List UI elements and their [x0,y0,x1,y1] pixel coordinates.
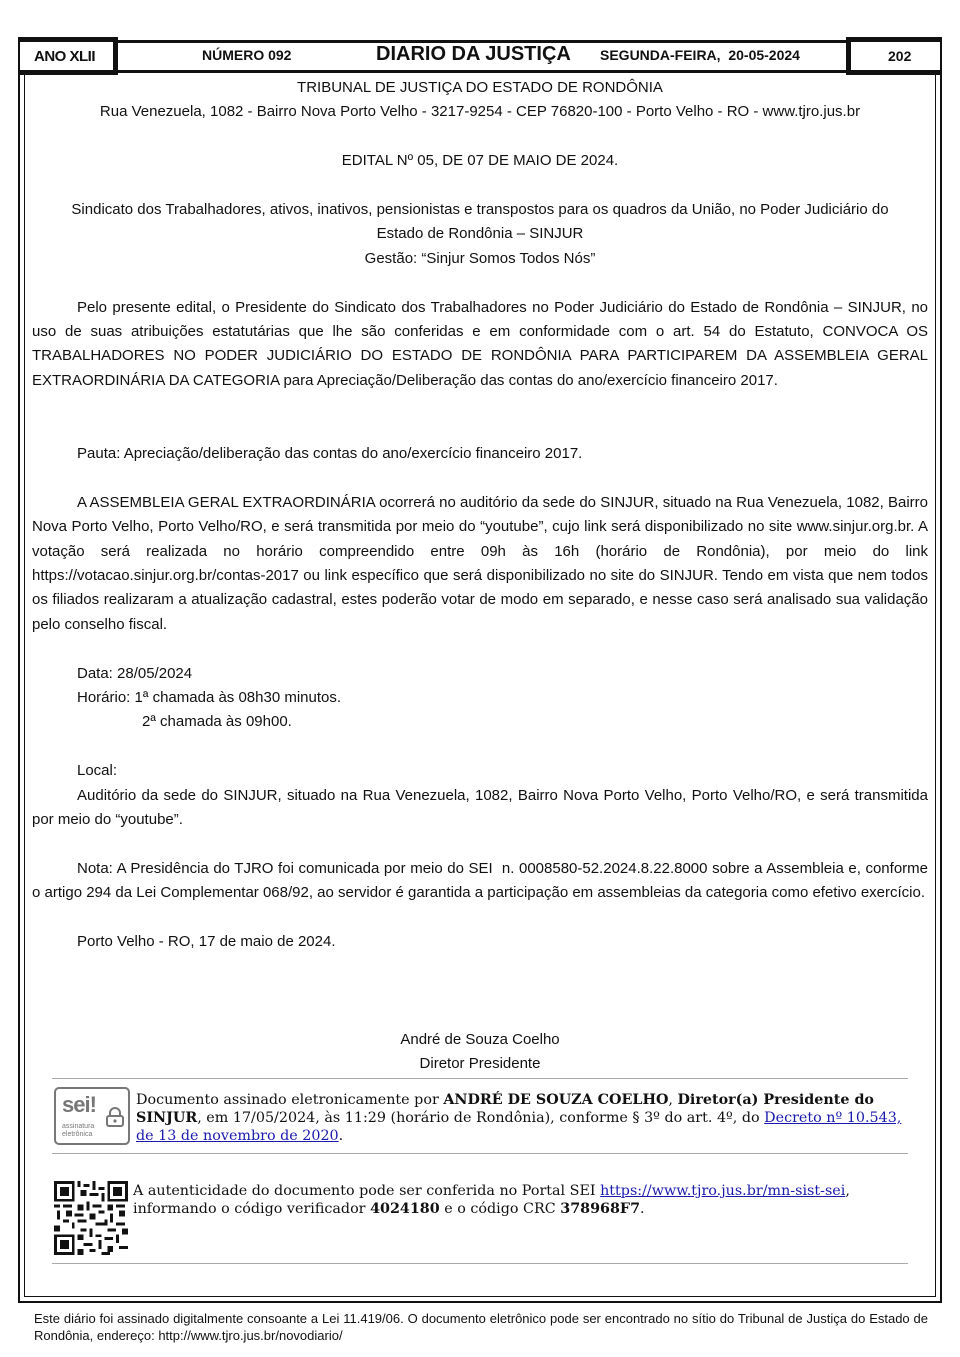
header-date: SEGUNDA-FEIRA, 20-05-2024 [600,47,800,63]
crc-code: 378968F7 [560,1201,640,1217]
signature-statement: Documento assinado eletronicamente por A… [136,1091,906,1145]
sei-signature-logo-icon: sei! assinaturaeletrônica [54,1087,130,1145]
convocation-paragraph: Pelo presente edital, o Presidente do Si… [32,296,928,394]
electronic-signature-block: sei! assinaturaeletrônica Documento assi… [52,1078,908,1154]
header-issue-number: NÚMERO 092 [202,47,291,63]
union-name: Sindicato dos Trabalhadores, ativos, ina… [32,198,928,247]
meeting-date: Data: 28/05/2024 [32,662,928,686]
note-paragraph: Nota: A Presidência do TJRO foi comunica… [32,857,928,906]
qr-code-icon [54,1180,128,1256]
court-name: TRIBUNAL DE JUSTIÇA DO ESTADO DE RONDÔNI… [32,76,928,100]
signer-name: André de Souza Coelho [32,1028,928,1052]
union-management: Gestão: “Sinjur Somos Todos Nós” [32,247,928,271]
meeting-time-second-call: 2ª chamada às 09h00. [32,710,928,734]
header-page-number: 202 [888,48,911,64]
header-rule-bottom [116,70,846,73]
document-body: TRIBUNAL DE JUSTIÇA DO ESTADO DE RONDÔNI… [32,76,928,1076]
signer-role: Diretor Presidente [32,1052,928,1076]
meeting-time-first-call: Horário: 1ª chamada às 08h30 minutos. [32,686,928,710]
assembly-paragraph: A ASSEMBLEIA GERAL EXTRAORDINÁRIA ocorre… [32,491,928,637]
verification-statement: A autenticidade do documento pode ser co… [133,1182,903,1218]
header-title: DIARIO DA JUSTIÇA [376,43,571,66]
agenda-paragraph: Pauta: Apreciação/deliberação das contas… [32,442,928,466]
signature-signer: ANDRÉ DE SOUZA COELHO [443,1092,668,1108]
court-address: Rua Venezuela, 1082 - Bairro Nova Porto … [32,100,928,124]
header-year: ANO XLII [34,48,95,65]
sei-portal-link[interactable]: https://www.tjro.jus.br/mn-sist-sei [600,1183,845,1199]
verifier-code: 4024180 [370,1201,440,1217]
lock-icon [106,1107,124,1127]
page-footer: Este diário foi assinado digitalmente co… [34,1311,928,1344]
verification-block: A autenticidade do documento pode ser co… [52,1178,908,1264]
place-and-date: Porto Velho - RO, 17 de maio de 2024. [32,930,928,954]
location-label: Local: [32,759,928,783]
location-text: Auditório da sede do SINJUR, situado na … [32,784,928,833]
edital-title: EDITAL Nº 05, DE 07 DE MAIO DE 2024. [32,149,928,173]
